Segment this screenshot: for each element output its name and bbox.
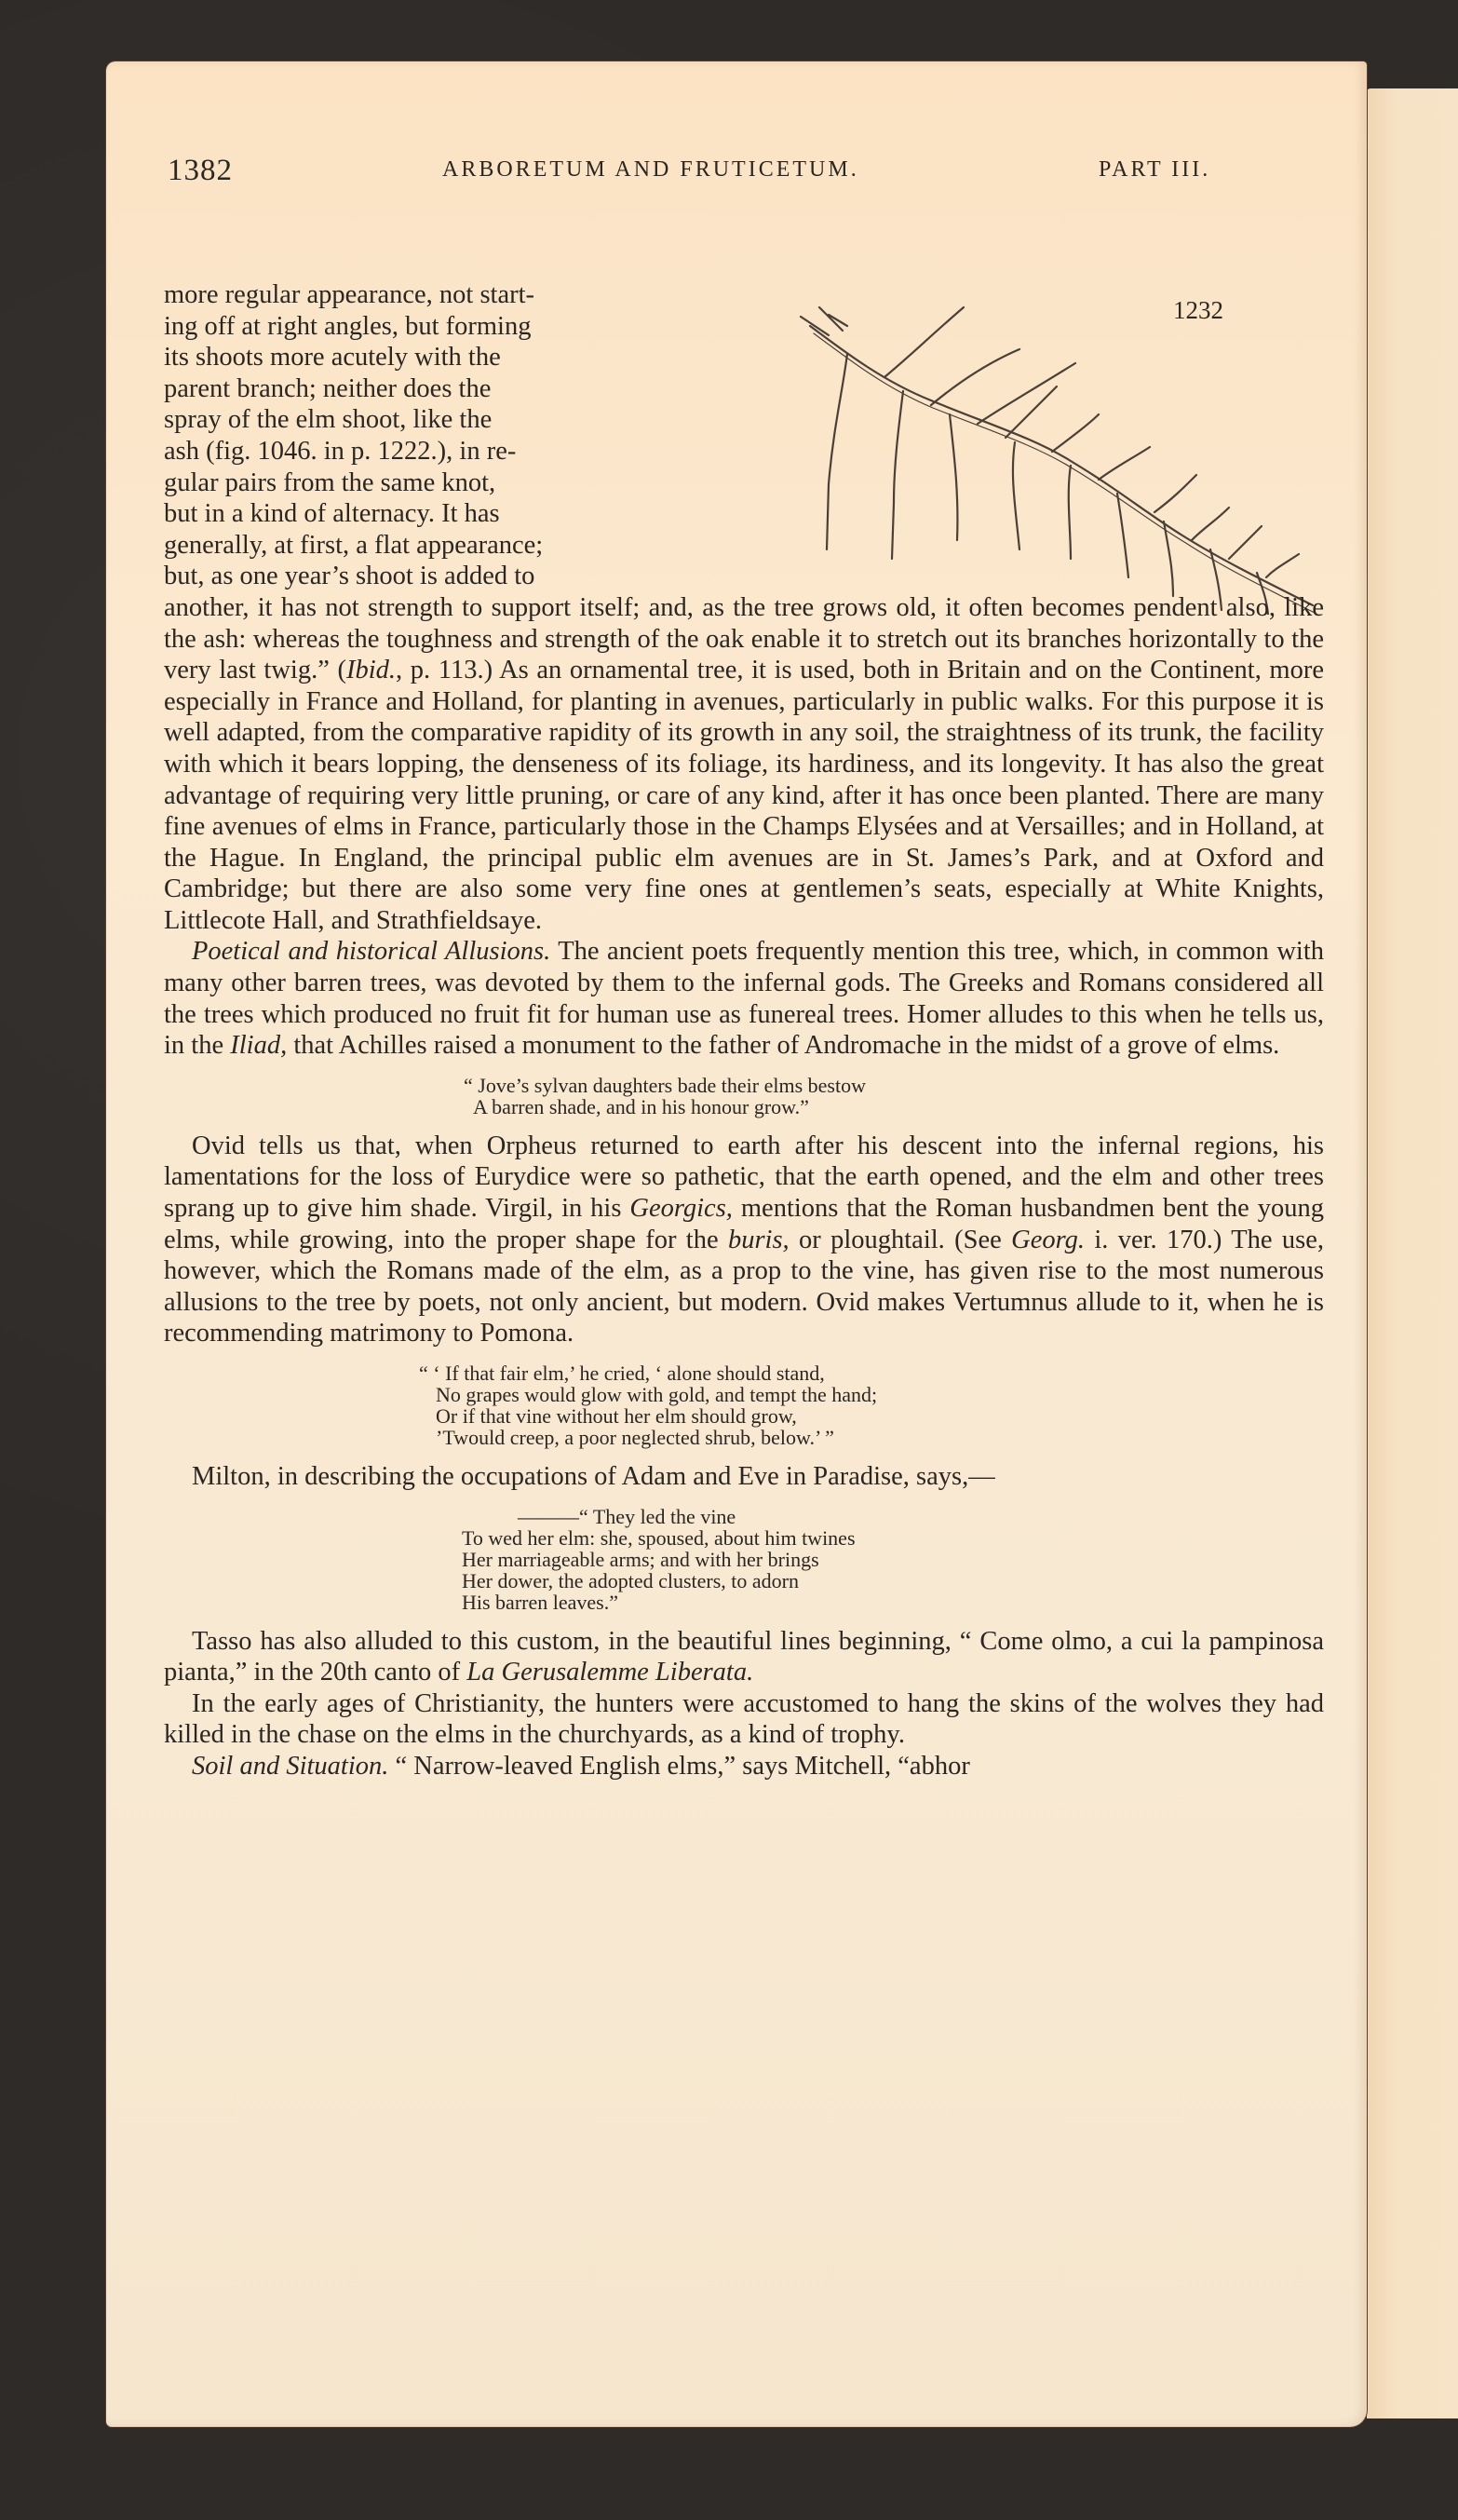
title-iliad: Iliad, — [230, 1031, 287, 1060]
paragraph-christianity: In the early ages of Christianity, the h… — [164, 1688, 1324, 1751]
wrapped-line: but in a kind of alternacy. It has — [164, 498, 763, 530]
page-number: 1382 — [168, 154, 233, 188]
wrapped-line: ing off at right angles, but forming — [164, 311, 763, 343]
running-title: ARBORETUM AND FRUTICETUM. — [442, 157, 859, 183]
paragraph-soil: Soil and Situation. “ Narrow-leaved Engl… — [164, 1751, 1324, 1782]
verse-quote-vertumnus: “ ‘ If that fair elm,’ he cried, ‘ alone… — [164, 1362, 1324, 1448]
paragraph-tasso: Tasso has also alluded to this custom, i… — [164, 1626, 1324, 1688]
title-gerusalemme: La Gerusalemme Liberata. — [466, 1658, 753, 1687]
verse-quote-milton: ———“ They led the vine To wed her elm: s… — [164, 1506, 1324, 1613]
paragraph-milton: Milton, in describing the occupations of… — [164, 1461, 1324, 1493]
section-heading-allusions: Poetical and historical Allusions. — [192, 937, 550, 966]
wrapped-line: more regular appearance, not start- — [164, 279, 763, 311]
verse-quote-homer: “ Jove’s sylvan daughters bade their elm… — [164, 1075, 1324, 1118]
adjacent-page-edge — [1367, 88, 1458, 2418]
wrapped-line: spray of the elm shoot, like the — [164, 404, 763, 436]
wrapped-line: gular pairs from the same knot, — [164, 467, 763, 499]
citation-ibid: Ibid. — [346, 656, 396, 684]
paragraph-allusions: Poetical and historical Allusions. The a… — [164, 936, 1324, 1061]
wrapped-line: generally, at first, a flat appearance; — [164, 530, 763, 562]
paragraph-ornamental: another, it has not strength to support … — [164, 592, 1324, 937]
article-body: more regular appearance, not start- ing … — [164, 279, 1324, 1782]
running-header: 1382 ARBORETUM AND FRUTICETUM. PART III. — [0, 154, 1458, 191]
section-heading-soil: Soil and Situation. — [192, 1752, 388, 1781]
wrapped-line: but, as one year’s shoot is added to — [164, 561, 763, 592]
wrapped-column: more regular appearance, not start- ing … — [164, 279, 763, 592]
paragraph-ovid-virgil: Ovid tells us that, when Orpheus returne… — [164, 1131, 1324, 1349]
wrapped-line: ash (fig. 1046. in p. 1222.), in re- — [164, 436, 763, 467]
wrapped-line: parent branch; neither does the — [164, 373, 763, 405]
part-label: PART III. — [1099, 157, 1210, 183]
wrapped-line: its shoots more acutely with the — [164, 342, 763, 373]
